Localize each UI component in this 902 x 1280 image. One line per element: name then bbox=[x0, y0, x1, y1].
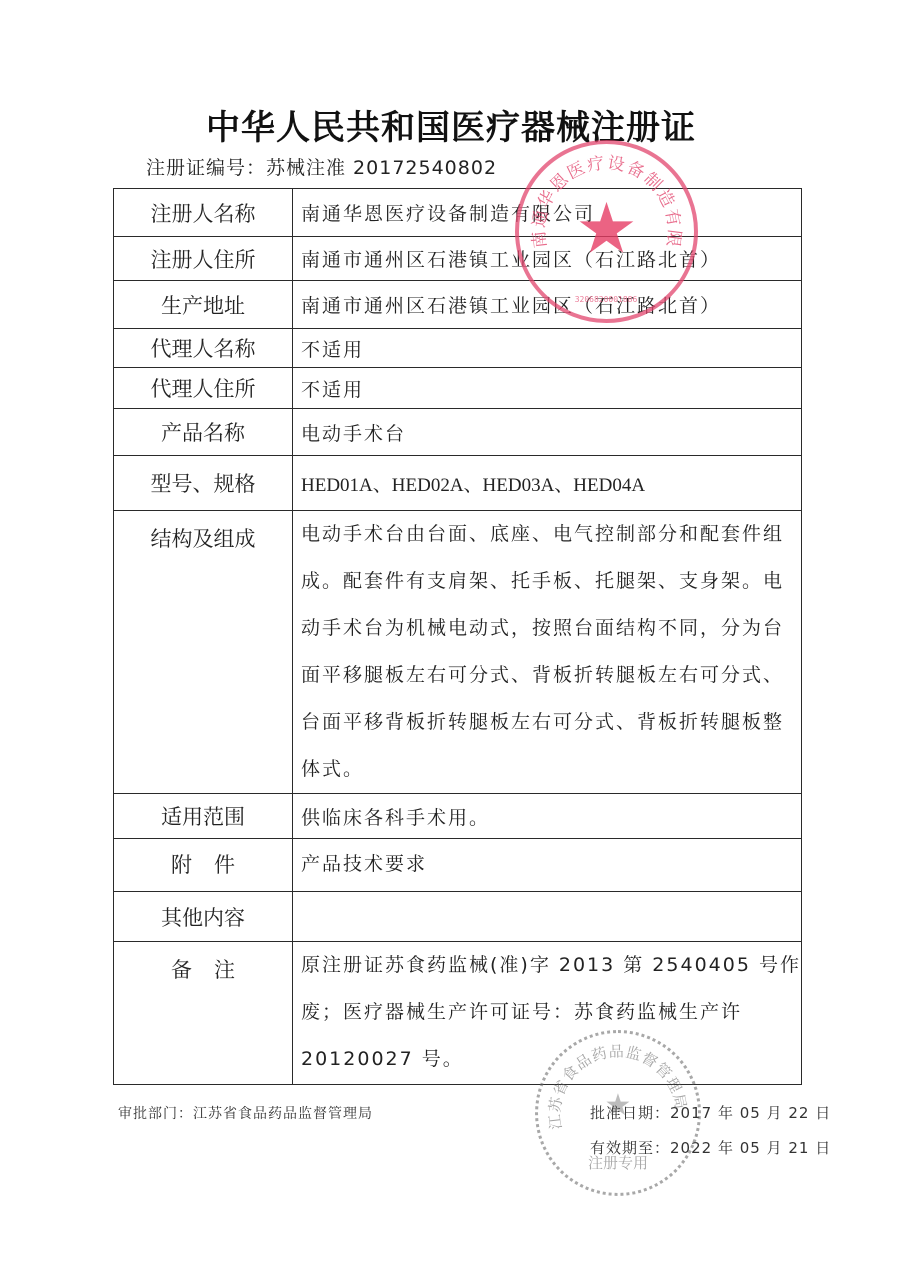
table-row-agent-address: 代理人住所 不适用 bbox=[114, 368, 802, 409]
approval-dept-label: 审批部门： bbox=[118, 1106, 193, 1122]
row-label: 适用范围 bbox=[114, 794, 293, 839]
approval-date: 批准日期：2017 年 05 月 22 日 bbox=[590, 1102, 831, 1123]
table-row-attachment: 附件 产品技术要求 bbox=[114, 839, 802, 892]
row-label: 型号、规格 bbox=[114, 456, 293, 511]
row-label: 代理人住所 bbox=[114, 368, 293, 409]
row-value: 供临床各科手术用。 bbox=[293, 794, 802, 839]
expiry-date-label: 有效期至： bbox=[590, 1139, 670, 1157]
registration-number: 苏械注准 20172540802 bbox=[266, 157, 497, 179]
row-label: 其他内容 bbox=[114, 892, 293, 942]
approval-date-value: 2017 年 05 月 22 日 bbox=[670, 1104, 831, 1122]
table-row-scope: 适用范围 供临床各科手术用。 bbox=[114, 794, 802, 839]
row-value: 电动手术台 bbox=[293, 409, 802, 456]
approval-dept-value: 江苏省食品药品监督管理局 bbox=[193, 1106, 373, 1122]
certificate-table: 注册人名称 南通华恩医疗设备制造有限公司 注册人住所 南通市通州区石港镇工业园区… bbox=[113, 188, 802, 1085]
registration-number-label: 注册证编号： bbox=[146, 157, 266, 179]
row-value: 原注册证苏食药监械(准)字 2013 第 2540405 号作废；医疗器械生产许… bbox=[293, 942, 802, 1085]
row-label: 注册人住所 bbox=[114, 237, 293, 281]
row-label: 附件 bbox=[114, 839, 293, 892]
table-row-registrant-name: 注册人名称 南通华恩医疗设备制造有限公司 bbox=[114, 189, 802, 237]
row-value bbox=[293, 892, 802, 942]
table-row-structure-composition: 结构及组成 电动手术台由台面、底座、电气控制部分和配套件组成。配套件有支肩架、托… bbox=[114, 511, 802, 794]
table-row-other-content: 其他内容 bbox=[114, 892, 802, 942]
row-value: 产品技术要求 bbox=[293, 839, 802, 892]
row-label: 备注 bbox=[114, 942, 293, 1085]
row-label: 结构及组成 bbox=[114, 511, 293, 794]
row-label: 生产地址 bbox=[114, 281, 293, 329]
table-row-product-name: 产品名称 电动手术台 bbox=[114, 409, 802, 456]
table-row-registrant-address: 注册人住所 南通市通州区石港镇工业园区（石江路北首） bbox=[114, 237, 802, 281]
row-value: 南通市通州区石港镇工业园区（石江路北首） bbox=[293, 237, 802, 281]
table-row-model-spec: 型号、规格 HED01A、HED02A、HED03A、HED04A bbox=[114, 456, 802, 511]
table-row-remarks: 备注 原注册证苏食药监械(准)字 2013 第 2540405 号作废；医疗器械… bbox=[114, 942, 802, 1085]
row-value: HED01A、HED02A、HED03A、HED04A bbox=[293, 456, 802, 511]
row-label: 产品名称 bbox=[114, 409, 293, 456]
row-value: 南通华恩医疗设备制造有限公司 bbox=[293, 189, 802, 237]
expiry-date: 有效期至：2022 年 05 月 21 日 bbox=[590, 1137, 831, 1158]
row-value: 南通市通州区石港镇工业园区（石江路北首） bbox=[293, 281, 802, 329]
row-value: 不适用 bbox=[293, 368, 802, 409]
table-row-production-address: 生产地址 南通市通州区石港镇工业园区（石江路北首） bbox=[114, 281, 802, 329]
row-value: 电动手术台由台面、底座、电气控制部分和配套件组成。配套件有支肩架、托手板、托腿架… bbox=[293, 511, 802, 794]
row-label: 注册人名称 bbox=[114, 189, 293, 237]
expiry-date-value: 2022 年 05 月 21 日 bbox=[670, 1139, 831, 1157]
document-title: 中华人民共和国医疗器械注册证 bbox=[0, 100, 902, 149]
approval-department: 审批部门：江苏省食品药品监督管理局 bbox=[118, 1103, 373, 1123]
row-label: 代理人名称 bbox=[114, 329, 293, 368]
registration-number-line: 注册证编号：苏械注准 20172540802 bbox=[146, 153, 497, 180]
approval-date-label: 批准日期： bbox=[590, 1104, 670, 1122]
table-row-agent-name: 代理人名称 不适用 bbox=[114, 329, 802, 368]
row-value: 不适用 bbox=[293, 329, 802, 368]
